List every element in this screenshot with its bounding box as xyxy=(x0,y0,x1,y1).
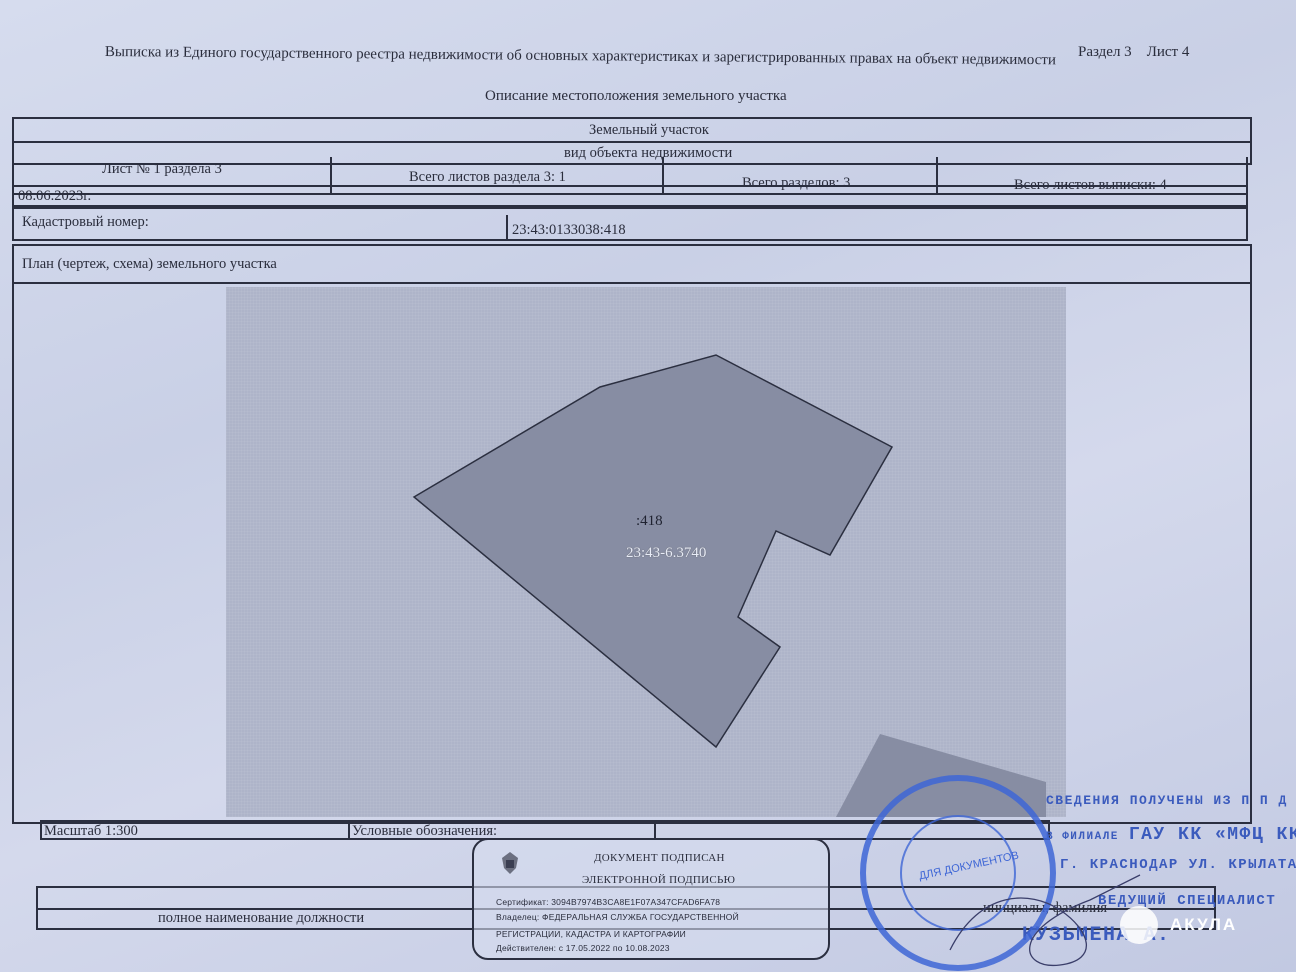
total-sheets-section: Всего листов раздела 3: 1 xyxy=(409,169,566,186)
watermark-text: АКУЛА xyxy=(1170,915,1237,935)
stamp-org: ГАУ КК «МФЦ КК» xyxy=(1129,825,1296,845)
electronic-signature-stamp: ДОКУМЕНТ ПОДПИСАН ЭЛЕКТРОННОЙ ПОДПИСЬЮ С… xyxy=(472,838,830,960)
cadastral-number: 23:43:0133038:418 xyxy=(512,222,626,239)
sheet-label: Лист 4 xyxy=(1147,44,1190,60)
signature-line2: ЭЛЕКТРОННОЙ ПОДПИСЬЮ xyxy=(582,874,735,886)
date-row: 08.06.2023г. xyxy=(12,185,1248,207)
object-type-row: Земельный участок xyxy=(12,117,1252,143)
scale-label: Масштаб 1:300 xyxy=(44,823,138,840)
emblem-icon xyxy=(498,850,522,880)
legend-label: Условные обозначения: xyxy=(352,823,497,840)
signature-owner2: РЕГИСТРАЦИИ, КАДАСТРА И КАРТОГРАФИИ xyxy=(496,929,686,939)
section-label: Раздел 3 xyxy=(1078,44,1132,60)
plan-drawing: :418 23:43-6.3740 xyxy=(226,287,1066,817)
parcel-number-label: :418 xyxy=(636,513,663,530)
signature-owner: Владелец: ФЕДЕРАЛЬНАЯ СЛУЖБА ГОСУДАРСТВЕ… xyxy=(496,912,739,922)
cadastral-label: Кадастровый номер: xyxy=(22,214,149,231)
extract-date: 08.06.2023г. xyxy=(18,188,91,205)
stamp-line1: СВЕДЕНИЯ ПОЛУЧЕНЫ ИЗ П П Д xyxy=(1046,793,1288,808)
document-subtitle: Описание местоположения земельного участ… xyxy=(485,88,787,105)
stamp-line2: В ФИЛИАЛЕ ГАУ КК «МФЦ КК» xyxy=(1046,825,1296,845)
object-type: Земельный участок xyxy=(589,122,709,139)
document-title: Выписка из Единого государственного реес… xyxy=(105,44,1056,69)
signature-line1: ДОКУМЕНТ ПОДПИСАН xyxy=(594,852,725,864)
stamp-line2-prefix: В ФИЛИАЛЕ xyxy=(1046,831,1119,843)
cadastral-row: Кадастровый номер: 23:43:0133038:418 xyxy=(12,207,1248,241)
shark-logo-icon xyxy=(1120,906,1158,944)
sheet-number: Лист № 1 раздела 3 xyxy=(102,161,222,178)
plan-title: План (чертеж, схема) земельного участка xyxy=(22,256,277,273)
zone-label: 23:43-6.3740 xyxy=(626,545,706,562)
position-caption: полное наименование должности xyxy=(158,910,364,927)
signature-certificate: Сертификат: 3094B7974B3CA8E1F07A347CFAD6… xyxy=(496,897,720,907)
section-sheet-label: Раздел 3 Лист 4 xyxy=(1078,44,1189,61)
signature-validity: Действителен: с 17.05.2022 по 10.08.2023 xyxy=(496,943,670,953)
